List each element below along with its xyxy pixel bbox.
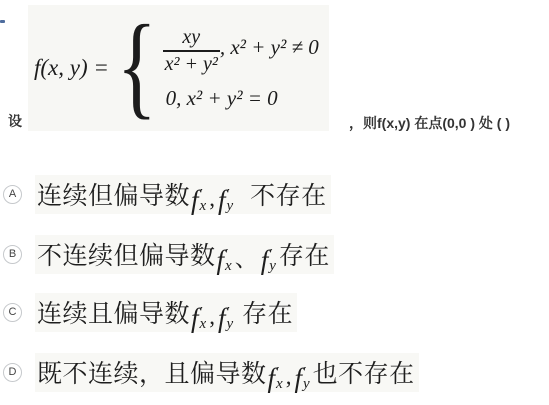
math-f-base: f [261,247,269,274]
formula-body: xy x² + y² , x² + y² ≠ 0 0, x² + y² = 0 [163,26,319,111]
subscript-y: y [226,201,233,213]
formula-case-2: 0, x² + y² = 0 [163,86,319,111]
option-d-letter-badge[interactable]: D [3,363,22,382]
math-f-base: f [191,187,199,214]
math-separator: , [286,364,292,389]
math-f-base: f [218,187,226,214]
math-f-sub-y: f′y [261,247,276,274]
option-a-text: 连续但偏导数 f′x , f′y 不存在 [35,175,331,214]
math-f-sub-x: f′x [191,187,206,214]
option-b-text: 不连续但偏导数 f′x 、 f′y 存在 [35,235,334,274]
math-f-sub-x: f′x [268,365,283,392]
math-f-base: f [294,365,302,392]
question-page: f(x, y) = { xy x² + y² , x² + y² ≠ 0 0, … [0,0,549,405]
math-f-sub-y: f′y [218,187,233,214]
option-a-suffix: 不存在 [250,176,327,212]
math-f-sub-y: f′y [294,365,309,392]
subscript-y: y [269,261,276,273]
subscript-y: y [303,379,310,391]
fraction-numerator: xy [180,26,202,50]
math-f-base: f [268,365,276,392]
option-d-text: 既不连续，且偏导数 f′x , f′y 也不存在 [35,353,419,392]
subscript-x: x [200,201,207,213]
option-d[interactable]: D 既不连续，且偏导数 f′x , f′y 也不存在 [0,352,419,392]
option-c[interactable]: C 连续且偏导数 f′x , f′y 存在 [0,292,297,332]
option-b-letter-badge[interactable]: B [3,245,22,264]
option-c-prefix: 连续且偏导数 [37,294,190,330]
math-f-base: f [217,247,225,274]
option-b[interactable]: B 不连续但偏导数 f′x 、 f′y 存在 [0,234,334,274]
question-lead-label: 设 [8,111,22,131]
fraction-denominator: x² + y² [163,52,220,76]
option-a-prefix: 连续但偏导数 [37,176,190,212]
math-f-sub-x: f′x [191,305,206,332]
math-f-sub-y: f′y [218,305,233,332]
math-separator: , [209,186,215,211]
math-f-sub-x: f′x [217,247,232,274]
option-c-text: 连续且偏导数 f′x , f′y 存在 [35,293,297,332]
subscript-x: x [200,319,207,331]
option-d-prefix: 既不连续，且偏导数 [37,354,267,390]
math-f-base: f [218,305,226,332]
subscript-y: y [226,319,233,331]
subscript-x: x [276,379,283,391]
formula-condition-1: , x² + y² ≠ 0 [220,35,319,60]
option-a-letter-badge[interactable]: A [3,185,22,204]
formula-image: f(x, y) = { xy x² + y² , x² + y² ≠ 0 0, … [28,5,329,131]
option-d-suffix: 也不存在 [313,354,415,390]
math-f-base: f [191,305,199,332]
fraction: xy x² + y² [163,26,220,76]
formula-lhs: f(x, y) = [34,55,109,81]
option-c-letter-badge[interactable]: C [3,303,22,322]
option-c-suffix: 存在 [242,294,293,330]
subscript-x: x [225,261,232,273]
option-a[interactable]: A 连续但偏导数 f′x , f′y 不存在 [0,174,331,214]
formula-case-1: xy x² + y² , x² + y² ≠ 0 [163,26,319,76]
option-b-prefix: 不连续但偏导数 [37,236,216,272]
formula-brace: { [117,8,157,124]
list-marker [0,20,5,23]
question-tail-text: ，则f(x,y) 在点(0,0 ) 处 ( ) [349,113,510,133]
math-separator: 、 [235,246,258,271]
math-separator: , [209,304,215,329]
option-b-suffix: 存在 [279,236,330,272]
